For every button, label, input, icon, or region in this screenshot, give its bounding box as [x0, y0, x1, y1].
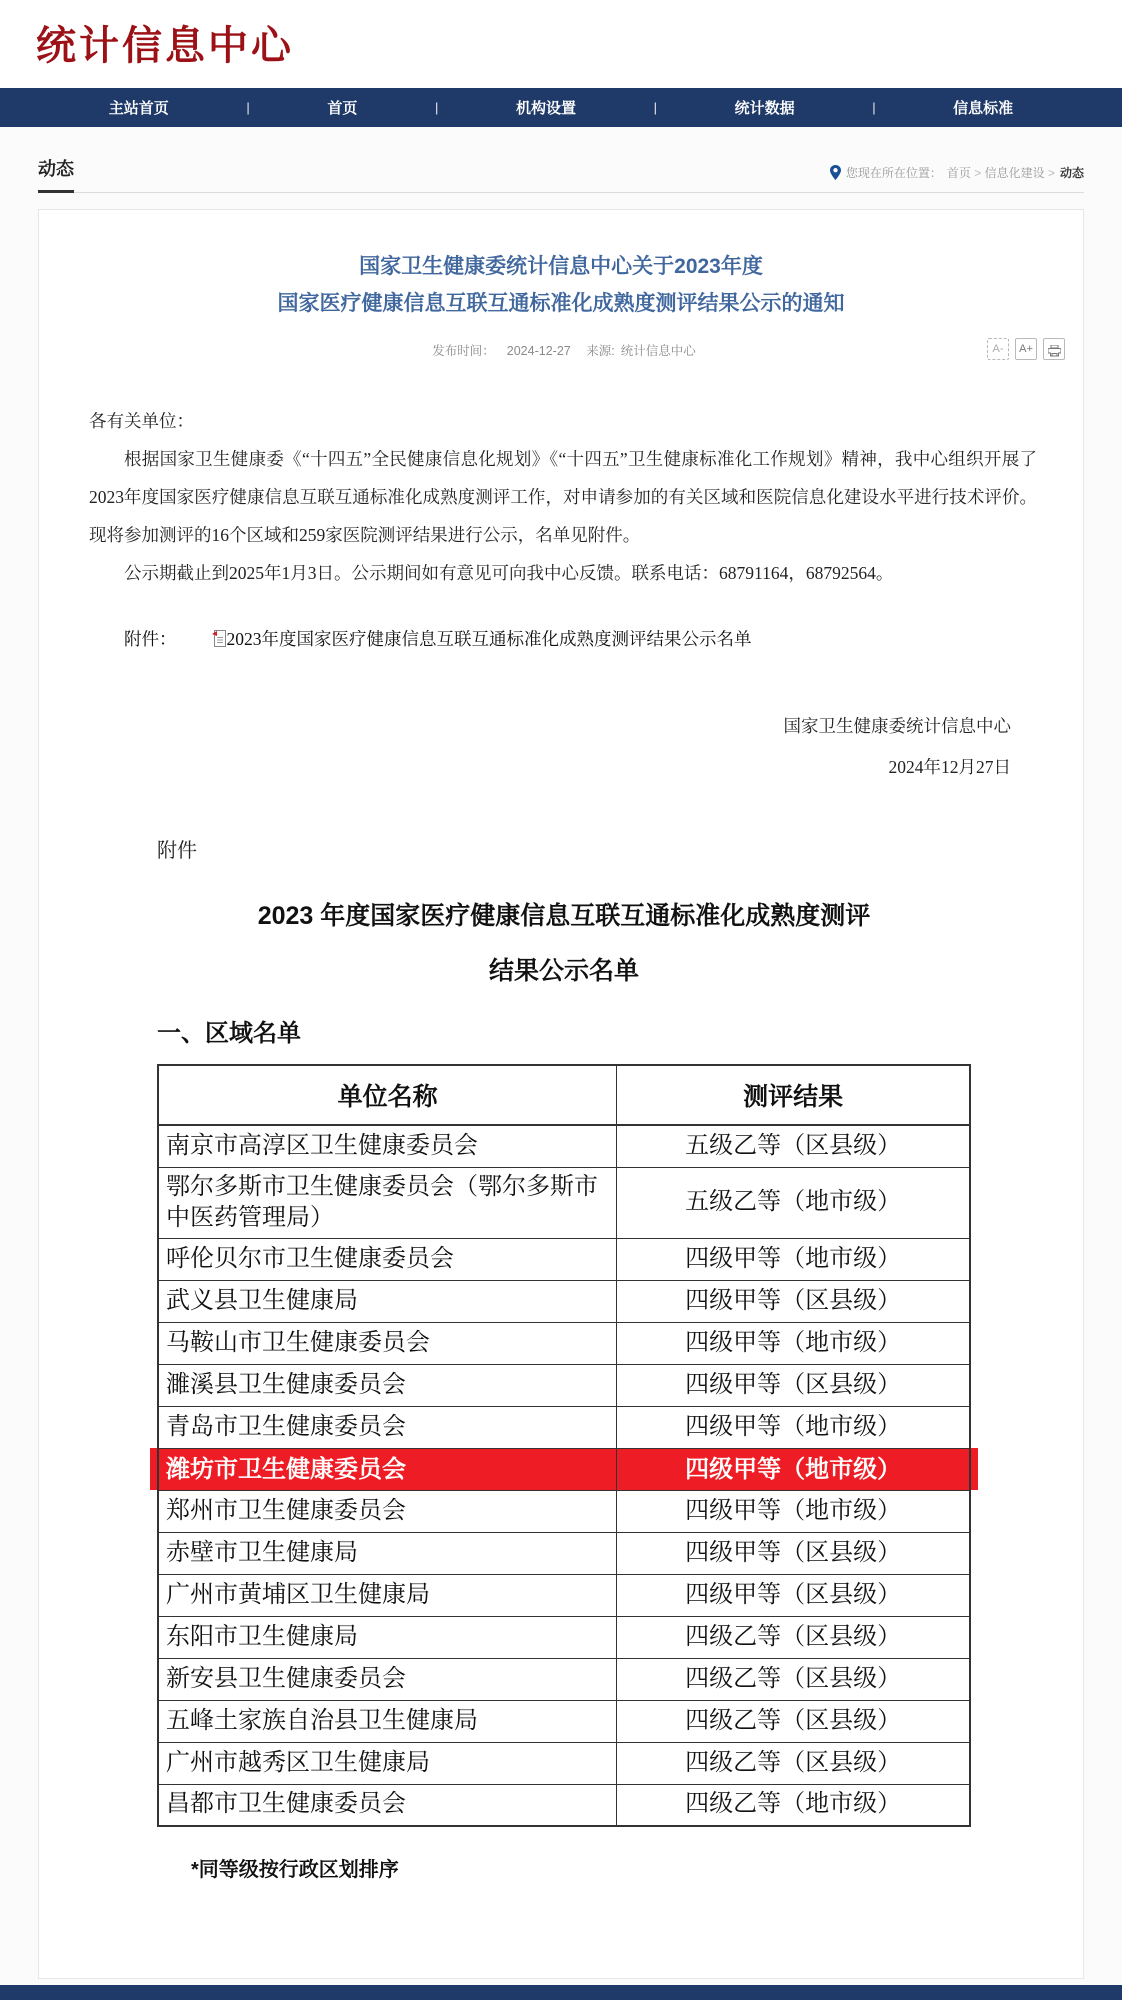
cell-unit-name: 郑州市卫生健康委员会: [158, 1490, 617, 1532]
table-row: 广州市黄埔区卫生健康局四级甲等（区县级）: [158, 1574, 970, 1616]
cell-unit-name: 昌都市卫生健康委员会: [158, 1784, 617, 1826]
table-row: 青岛市卫生健康委员会四级甲等（地市级）: [158, 1406, 970, 1448]
cell-result: 四级甲等（地市级）: [617, 1490, 970, 1532]
header-result: 测评结果: [617, 1065, 970, 1125]
table-row: 东阳市卫生健康局四级乙等（区县级）: [158, 1616, 970, 1658]
table-row: 郑州市卫生健康委员会四级甲等（地市级）: [158, 1490, 970, 1532]
nav-separator: |: [654, 100, 657, 115]
nav-item-3[interactable]: 机构设置: [516, 97, 576, 118]
section-heading: 一、区域名单: [157, 1013, 971, 1048]
tab-dongtai[interactable]: 动态: [38, 155, 74, 193]
cell-result: 四级甲等（区县级）: [617, 1574, 970, 1616]
article-title-line1: 国家卫生健康委统计信息中心关于2023年度: [39, 248, 1083, 285]
footer-bar: [0, 1985, 1122, 2000]
source-label: 来源:: [586, 344, 614, 358]
table-row: 广州市越秀区卫生健康局四级乙等（区县级）: [158, 1742, 970, 1784]
publish-date: 2024-12-27: [507, 344, 571, 358]
cell-result: 五级乙等（地市级）: [617, 1167, 970, 1238]
cell-result: 四级甲等（区县级）: [617, 1280, 970, 1322]
printer-icon: [1044, 345, 1064, 357]
breadcrumb-current: 动态: [1060, 164, 1084, 181]
print-button[interactable]: [1043, 338, 1065, 360]
cell-result: 四级甲等（地市级）: [617, 1406, 970, 1448]
table-row: 昌都市卫生健康委员会四级乙等（地市级）: [158, 1784, 970, 1826]
attachment-file-icon: [177, 630, 226, 652]
notice-body: 各有关单位： 根据国家卫生健康委《“十四五”全民健康信息化规划》《“十四五”卫生…: [89, 402, 1037, 592]
cell-result: 四级甲等（地市级）: [617, 1238, 970, 1280]
cell-result: 四级乙等（地市级）: [617, 1784, 970, 1826]
cell-unit-name: 青岛市卫生健康委员会: [158, 1406, 617, 1448]
breadcrumb-separator: >: [1045, 166, 1055, 180]
table-row: 马鞍山市卫生健康委员会四级甲等（地市级）: [158, 1322, 970, 1364]
location-pin-icon: [830, 165, 841, 180]
attachment-doc-title: 2023 年度国家医疗健康信息互联互通标准化成熟度测评 结果公示名单: [157, 889, 971, 999]
region-results-table: 单位名称 测评结果 南京市高淳区卫生健康委员会五级乙等（区县级）鄂尔多斯市卫生健…: [157, 1064, 971, 1827]
cell-unit-name: 广州市越秀区卫生健康局: [158, 1742, 617, 1784]
cell-result: 四级乙等（区县级）: [617, 1658, 970, 1700]
cell-unit-name: 濉溪县卫生健康委员会: [158, 1364, 617, 1406]
table-row: 潍坊市卫生健康委员会四级甲等（地市级）: [158, 1448, 970, 1490]
cell-result: 四级甲等（区县级）: [617, 1532, 970, 1574]
cell-unit-name: 呼伦贝尔市卫生健康委员会: [158, 1238, 617, 1280]
source-value: 统计信息中心: [621, 344, 696, 358]
cell-unit-name: 鄂尔多斯市卫生健康委员会（鄂尔多斯市中医药管理局）: [158, 1167, 617, 1238]
nav-item-1[interactable]: 主站首页: [109, 97, 169, 118]
site-header: 统计信息中心: [0, 0, 1122, 88]
site-logo: 统计信息中心: [36, 14, 1122, 71]
table-row: 五峰土家族自治县卫生健康局四级乙等（区县级）: [158, 1700, 970, 1742]
cell-unit-name: 新安县卫生健康委员会: [158, 1658, 617, 1700]
cell-result: 四级甲等（地市级）: [617, 1322, 970, 1364]
article-title-line2: 国家医疗健康信息互联互通标准化成熟度测评结果公示的通知: [39, 285, 1083, 322]
font-increase-button[interactable]: A+: [1015, 338, 1037, 360]
cell-unit-name: 广州市黄埔区卫生健康局: [158, 1574, 617, 1616]
cell-unit-name: 潍坊市卫生健康委员会: [158, 1448, 617, 1490]
signature-org: 国家卫生健康委统计信息中心: [39, 706, 1011, 747]
table-row: 呼伦贝尔市卫生健康委员会四级甲等（地市级）: [158, 1238, 970, 1280]
nav-separator: |: [872, 100, 875, 115]
article-tools: A- A+: [987, 338, 1065, 360]
breadcrumb-row: 动态 您现在所在位置： 首页 > 信息化建设 > 动态: [38, 155, 1084, 193]
breadcrumb-label: 您现在所在位置：: [846, 164, 942, 181]
table-row: 武义县卫生健康局四级甲等（区县级）: [158, 1280, 970, 1322]
signature-block: 国家卫生健康委统计信息中心 2024年12月27日: [39, 706, 1011, 788]
table-row: 鄂尔多斯市卫生健康委员会（鄂尔多斯市中医药管理局）五级乙等（地市级）: [158, 1167, 970, 1238]
cell-result: 四级乙等（区县级）: [617, 1700, 970, 1742]
table-row: 濉溪县卫生健康委员会四级甲等（区县级）: [158, 1364, 970, 1406]
nav-item-5[interactable]: 信息标准: [953, 97, 1013, 118]
cell-result: 四级乙等（区县级）: [617, 1616, 970, 1658]
paragraph-1: 根据国家卫生健康委《“十四五”全民健康信息化规划》《“十四五”卫生健康标准化工作…: [89, 440, 1037, 554]
publish-label: 发布时间：: [432, 344, 495, 358]
cell-result: 四级甲等（地市级）: [617, 1448, 970, 1490]
cell-unit-name: 赤壁市卫生健康局: [158, 1532, 617, 1574]
table-row: 南京市高淳区卫生健康委员会五级乙等（区县级）: [158, 1125, 970, 1167]
main-nav: 主站首页|首页|机构设置|统计数据|信息标准: [0, 88, 1122, 127]
attachment-doc-label: 附件: [157, 834, 971, 863]
paragraph-2: 公示期截止到2025年1月3日。公示期间如有意见可向我中心反馈。联系电话：687…: [89, 554, 1037, 592]
article-container: 国家卫生健康委统计信息中心关于2023年度 国家医疗健康信息互联互通标准化成熟度…: [38, 209, 1084, 1979]
cell-unit-name: 五峰土家族自治县卫生健康局: [158, 1700, 617, 1742]
doc-title-line1: 2023 年度国家医疗健康信息互联互通标准化成熟度测评: [157, 889, 971, 944]
cell-result: 五级乙等（区县级）: [617, 1125, 970, 1167]
article-meta: 发布时间：2024-12-27 来源:统计信息中心 A- A+: [39, 338, 1083, 364]
breadcrumb-link[interactable]: 首页: [947, 166, 971, 180]
cell-unit-name: 东阳市卫生健康局: [158, 1616, 617, 1658]
nav-separator: |: [435, 100, 438, 115]
cell-unit-name: 武义县卫生健康局: [158, 1280, 617, 1322]
font-decrease-button[interactable]: A-: [987, 338, 1009, 360]
cell-unit-name: 南京市高淳区卫生健康委员会: [158, 1125, 617, 1167]
breadcrumb-link[interactable]: 信息化建设: [985, 166, 1045, 180]
doc-title-line2: 结果公示名单: [157, 944, 971, 999]
cell-result: 四级甲等（区县级）: [617, 1364, 970, 1406]
table-row: 新安县卫生健康委员会四级乙等（区县级）: [158, 1658, 970, 1700]
nav-item-4[interactable]: 统计数据: [735, 97, 795, 118]
nav-separator: |: [246, 100, 249, 115]
cell-result: 四级乙等（区县级）: [617, 1742, 970, 1784]
attachment-document: 附件 2023 年度国家医疗健康信息互联互通标准化成熟度测评 结果公示名单 一、…: [157, 834, 971, 1882]
table-footnote: *同等级按行政区划排序: [191, 1853, 971, 1882]
header-unit-name: 单位名称: [158, 1065, 617, 1125]
signature-date: 2024年12月27日: [39, 747, 1011, 788]
breadcrumb-separator: >: [971, 166, 985, 180]
table-row: 赤壁市卫生健康局四级甲等（区县级）: [158, 1532, 970, 1574]
breadcrumb-links: 首页 > 信息化建设 >: [947, 164, 1055, 181]
region-table-body: 南京市高淳区卫生健康委员会五级乙等（区县级）鄂尔多斯市卫生健康委员会（鄂尔多斯市…: [158, 1125, 970, 1826]
attachment-link[interactable]: 2023年度国家医疗健康信息互联互通标准化成熟度测评结果公示名单: [227, 629, 752, 649]
salutation: 各有关单位：: [89, 402, 1037, 440]
attachment-line: 附件：2023年度国家医疗健康信息互联互通标准化成熟度测评结果公示名单: [89, 626, 1037, 652]
article-title: 国家卫生健康委统计信息中心关于2023年度 国家医疗健康信息互联互通标准化成熟度…: [39, 248, 1083, 322]
attachment-label: 附件：: [124, 629, 177, 649]
table-header-row: 单位名称 测评结果: [158, 1065, 970, 1125]
cell-unit-name: 马鞍山市卫生健康委员会: [158, 1322, 617, 1364]
nav-item-2[interactable]: 首页: [327, 97, 357, 118]
breadcrumb: 您现在所在位置： 首页 > 信息化建设 > 动态: [830, 164, 1084, 183]
